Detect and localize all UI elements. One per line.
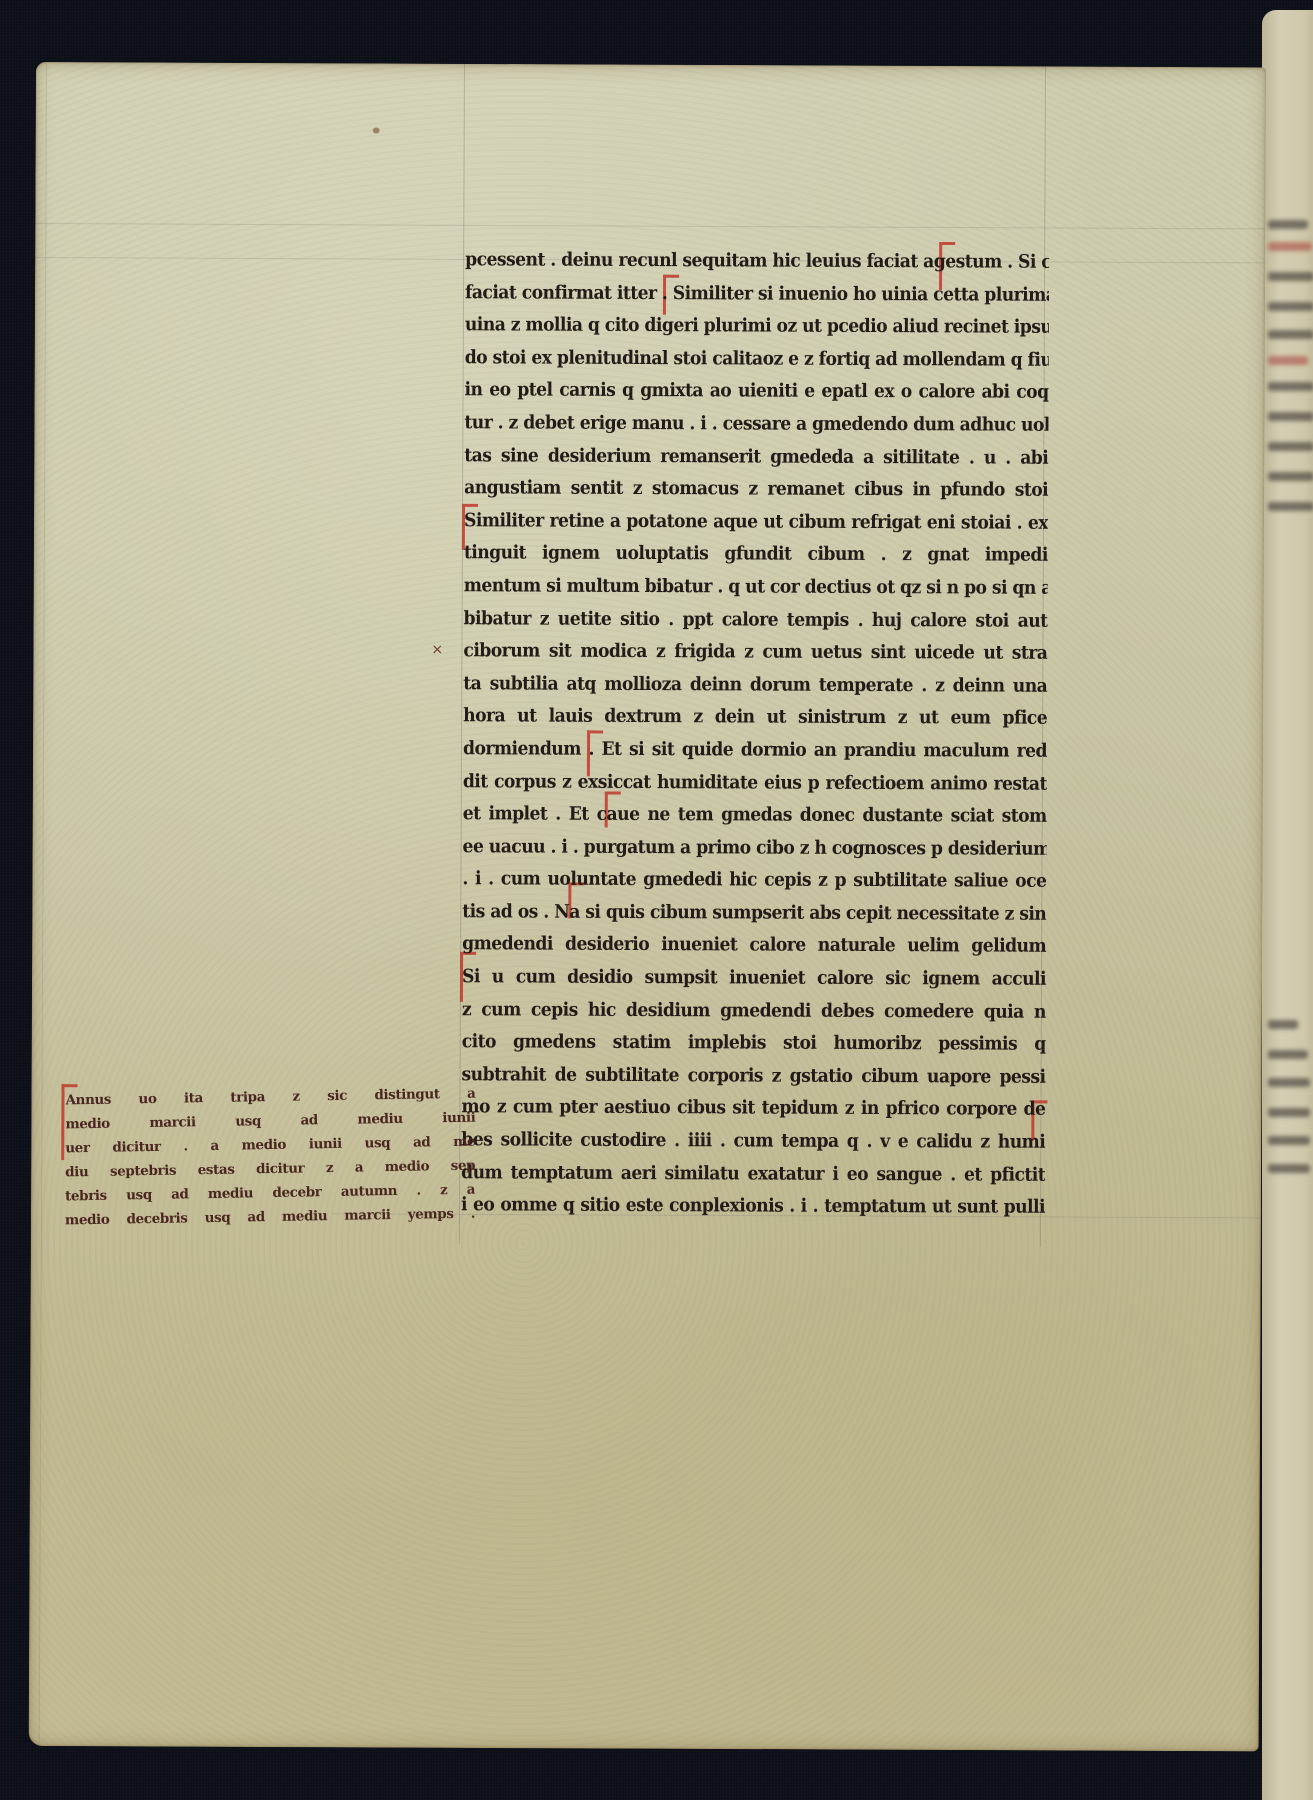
text-line: tur . z debet erige manu . i . cessare a… [464, 406, 1048, 444]
text-line: cito gmedens statim implebis stoi humori… [462, 1025, 1046, 1063]
ink-stain [373, 127, 380, 133]
margin-annotation: Annus uo ita tripa z sic distingut a med… [65, 1084, 476, 1230]
text-line: dormiendum . Et si sit quide dormio an p… [463, 731, 1047, 769]
text-line: mentum si multum bibatur . q ut cor dect… [464, 569, 1048, 607]
margin-cross-mark: × [431, 642, 443, 658]
text-line: i eo omme q sitio este conplexionis . i … [461, 1188, 1045, 1226]
main-text-column: pcessent . deinu recunl sequitam hic leu… [461, 244, 1049, 1224]
text-line: Si u cum desidio sumpsit inueniet calore… [462, 960, 1046, 998]
text-line: angustiam sentit z stomacus z remanet ci… [464, 471, 1048, 509]
text-line: bes sollicite custodire . iiii . cum tem… [461, 1123, 1045, 1161]
margin-note-initial-bracket [61, 1084, 64, 1160]
text-line: . i . cum uoluntate gmededi hic cepis z … [462, 862, 1046, 900]
text-line: ciborum sit modica z frigida z cum uetus… [463, 634, 1047, 672]
text-line: et implet . Et caue ne tem gmedas donec … [463, 797, 1047, 835]
facing-leaf-edge [1262, 10, 1313, 1800]
manuscript-page: × pcessent . deinu recunl sequitam hic l… [29, 62, 1266, 1751]
text-line: pcessent . deinu recunl sequitam hic leu… [465, 243, 1049, 281]
text-line: uina z mollia q cito digeri plurimi oz u… [465, 308, 1049, 346]
